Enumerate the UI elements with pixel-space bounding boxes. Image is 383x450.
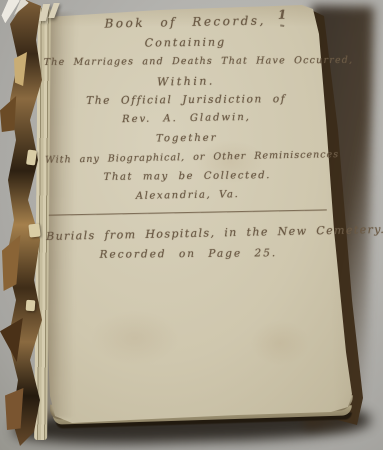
title-line-10: Alexandria, Va. (46, 188, 330, 204)
title-line-4: Within. (44, 73, 328, 91)
title-line-6: Rev. A. Gladwin, (44, 111, 328, 127)
photographed-record-book: 1 Book of Records, Containing The Marria… (0, 0, 383, 450)
note-line-1: Burials from Hospitals, in the New Cemet… (46, 224, 330, 243)
handwritten-title-page: 1 Book of Records, Containing The Marria… (43, 0, 333, 450)
title-line-5: The Official Jurisdiction of (44, 93, 328, 107)
title-line-9: That may be Collected. (45, 170, 329, 184)
note-line-2: Recorded on Page 25. (46, 247, 330, 261)
title-line-3: The Marriages and Deaths That Have Occur… (44, 55, 328, 68)
title-line-7: Together (45, 132, 329, 146)
title-line-1: Book of Records, (43, 12, 327, 31)
spine-paper-chip (26, 300, 36, 312)
title-line-8: With any Biographical, or Other Reminisc… (45, 149, 329, 165)
title-line-2: Containing (43, 35, 327, 51)
spine-paper-chip (28, 223, 40, 237)
divider-rule (49, 209, 327, 215)
